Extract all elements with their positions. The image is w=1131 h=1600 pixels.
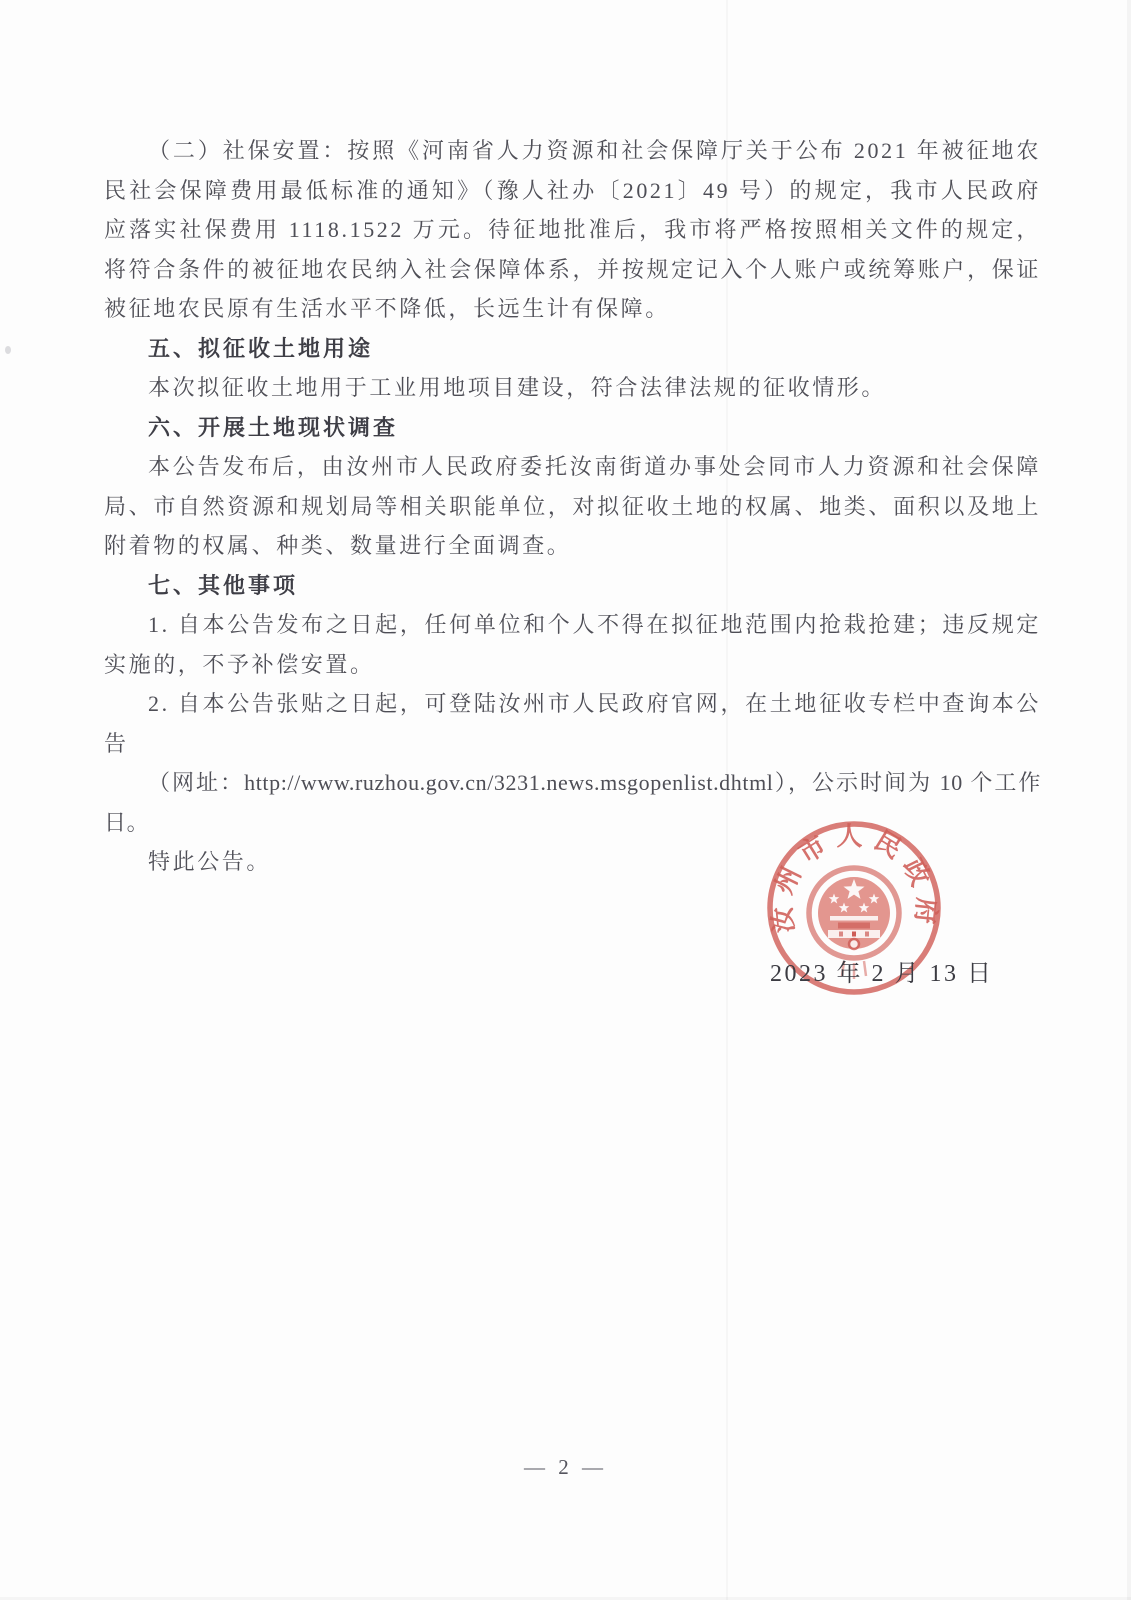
paragraph-social-security-placement: （二）社保安置：按照《河南省人力资源和社会保障厅关于公布 2021 年被征地农民… — [104, 131, 1041, 329]
paragraph-item-2-official-website: 2. 自本公告张贴之日起，可登陆汝州市人民政府官网，在土地征收专栏中查询本公告 — [104, 684, 1041, 763]
paragraph-land-survey: 本公告发布后，由汝州市人民政府委托汝南街道办事处会同市人力资源和社会保障局、市自… — [104, 447, 1041, 566]
notice-body: （二）社保安置：按照《河南省人力资源和社会保障厅关于公布 2021 年被征地农民… — [104, 131, 1041, 882]
document-page: （二）社保安置：按照《河南省人力资源和社会保障厅关于公布 2021 年被征地农民… — [0, 0, 1131, 1600]
heading-section-7-other-matters: 七、其他事项 — [104, 566, 1041, 606]
scan-speck-artifact — [5, 346, 11, 354]
heading-section-5-land-use: 五、拟征收土地用途 — [104, 329, 1041, 369]
gear-icon — [849, 939, 859, 949]
scan-edge-right — [1127, 0, 1131, 1600]
paragraph-land-use: 本次拟征收土地用于工业用地项目建设，符合法律法规的征收情形。 — [104, 368, 1041, 408]
heading-section-6-land-survey: 六、开展土地现状调查 — [104, 408, 1041, 448]
page-number: — 2 — — [0, 1455, 1131, 1480]
paragraph-item-1-no-rush-planting: 1. 自本公告发布之日起，任何单位和个人不得在拟征地范围内抢栽抢建；违反规定实施… — [104, 605, 1041, 684]
issue-date: 2023 年 2 月 13 日 — [770, 953, 994, 988]
national-emblem-icon — [809, 868, 899, 958]
